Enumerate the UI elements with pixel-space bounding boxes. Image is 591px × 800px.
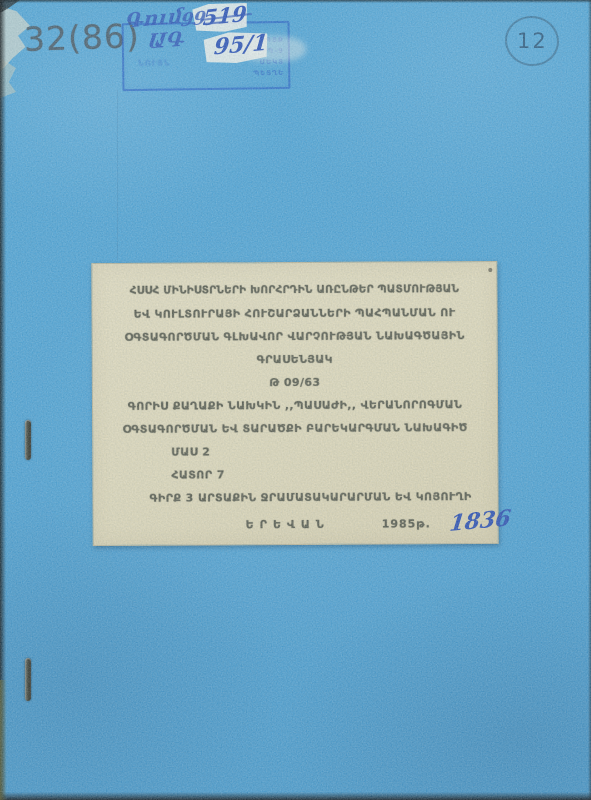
handwritten-word: ԱԳ xyxy=(146,27,186,54)
title-line: ՕԳՏԱԳՈՐԾՄԱՆ ԳԼԽԱՎՈՐ ՎԱՐՉՈՒԹՅԱՆ ՆԱԽԱԳԾԱՅԻ… xyxy=(93,324,497,349)
title-line: ՀՍՍՀ ՄԻՆԻՍՏՐՆԵՐԻ ԽՈՐՀՐԴԻՆ ԱՌԸՆԹԵՐ ՊԱՏՄՈՒ… xyxy=(92,278,496,303)
city-text: ԵՐԵՎԱՆ xyxy=(246,513,330,536)
title-line: ԳՐԱՍԵՆՅԱԿ xyxy=(93,347,497,372)
scanned-document-cover: 32(86) ՆՈՒՅՆ ԳՏՔ Պ-9 ՄԵԿՏ ՊԵՏՂԵ Գում 99 … xyxy=(0,0,591,800)
book-line: ԳԻՐՔ 3 ԱՐՏԱՔԻՆ ՋՐԱՄԱՏԱԿԱՐԱՐՄԱՆ ԵՎ ԿՈՅՈՒՂ… xyxy=(93,485,497,510)
stamp-text-line: ՊԵՏՂԵ xyxy=(226,68,284,80)
scan-edge xyxy=(0,0,591,3)
handwritten-corrected-number: 95/1 xyxy=(213,29,269,60)
staple xyxy=(25,420,31,460)
scan-edge xyxy=(0,792,591,800)
page-number-text: 12 xyxy=(517,29,548,53)
title-line: ԳՈՐԻՍ ՔԱՂԱՔԻ ՆԱԽԿԻՆ ,,ՊԱՍԱԺԻ,, ՎԵՐԱՆՈՐՈԳ… xyxy=(93,393,497,418)
year-text: 1985թ. xyxy=(382,512,431,535)
imprint-row: ԵՐԵՎԱՆ 1985թ. xyxy=(94,512,498,537)
title-label: ՀՍՍՀ ՄԻՆԻՍՏՐՆԵՐԻ ԽՈՐՀՐԴԻՆ ԱՌԸՆԹԵՐ ՊԱՏՄՈՒ… xyxy=(91,261,498,546)
ink-speck xyxy=(488,268,492,272)
volume-line: ՀԱՏՈՐ 7 xyxy=(93,462,497,487)
stamp-faint-text: ՆՈՒՅՆ xyxy=(138,58,171,67)
paper-crease xyxy=(117,90,118,260)
part-line: ՄԱՍ 2 xyxy=(93,439,497,464)
title-line: ԵՎ ԿՈՒԼՏՈՒՐԱՅԻ ՀՈՒՇԱՐՁԱՆՆԵՐԻ ՊԱՀՊԱՆՄԱՆ Ո… xyxy=(92,301,496,326)
document-code-line: Թ 09/63 xyxy=(93,370,497,395)
title-line: ՕԳՏԱԳՈՐԾՄԱՆ ԵՎ ՏԱՐԱԾՔԻ ԲԱՐԵԿԱՐԳՄԱՆ ՆԱԽԱԳ… xyxy=(93,416,497,441)
scan-edge-tint xyxy=(0,680,7,800)
staple xyxy=(25,658,31,701)
